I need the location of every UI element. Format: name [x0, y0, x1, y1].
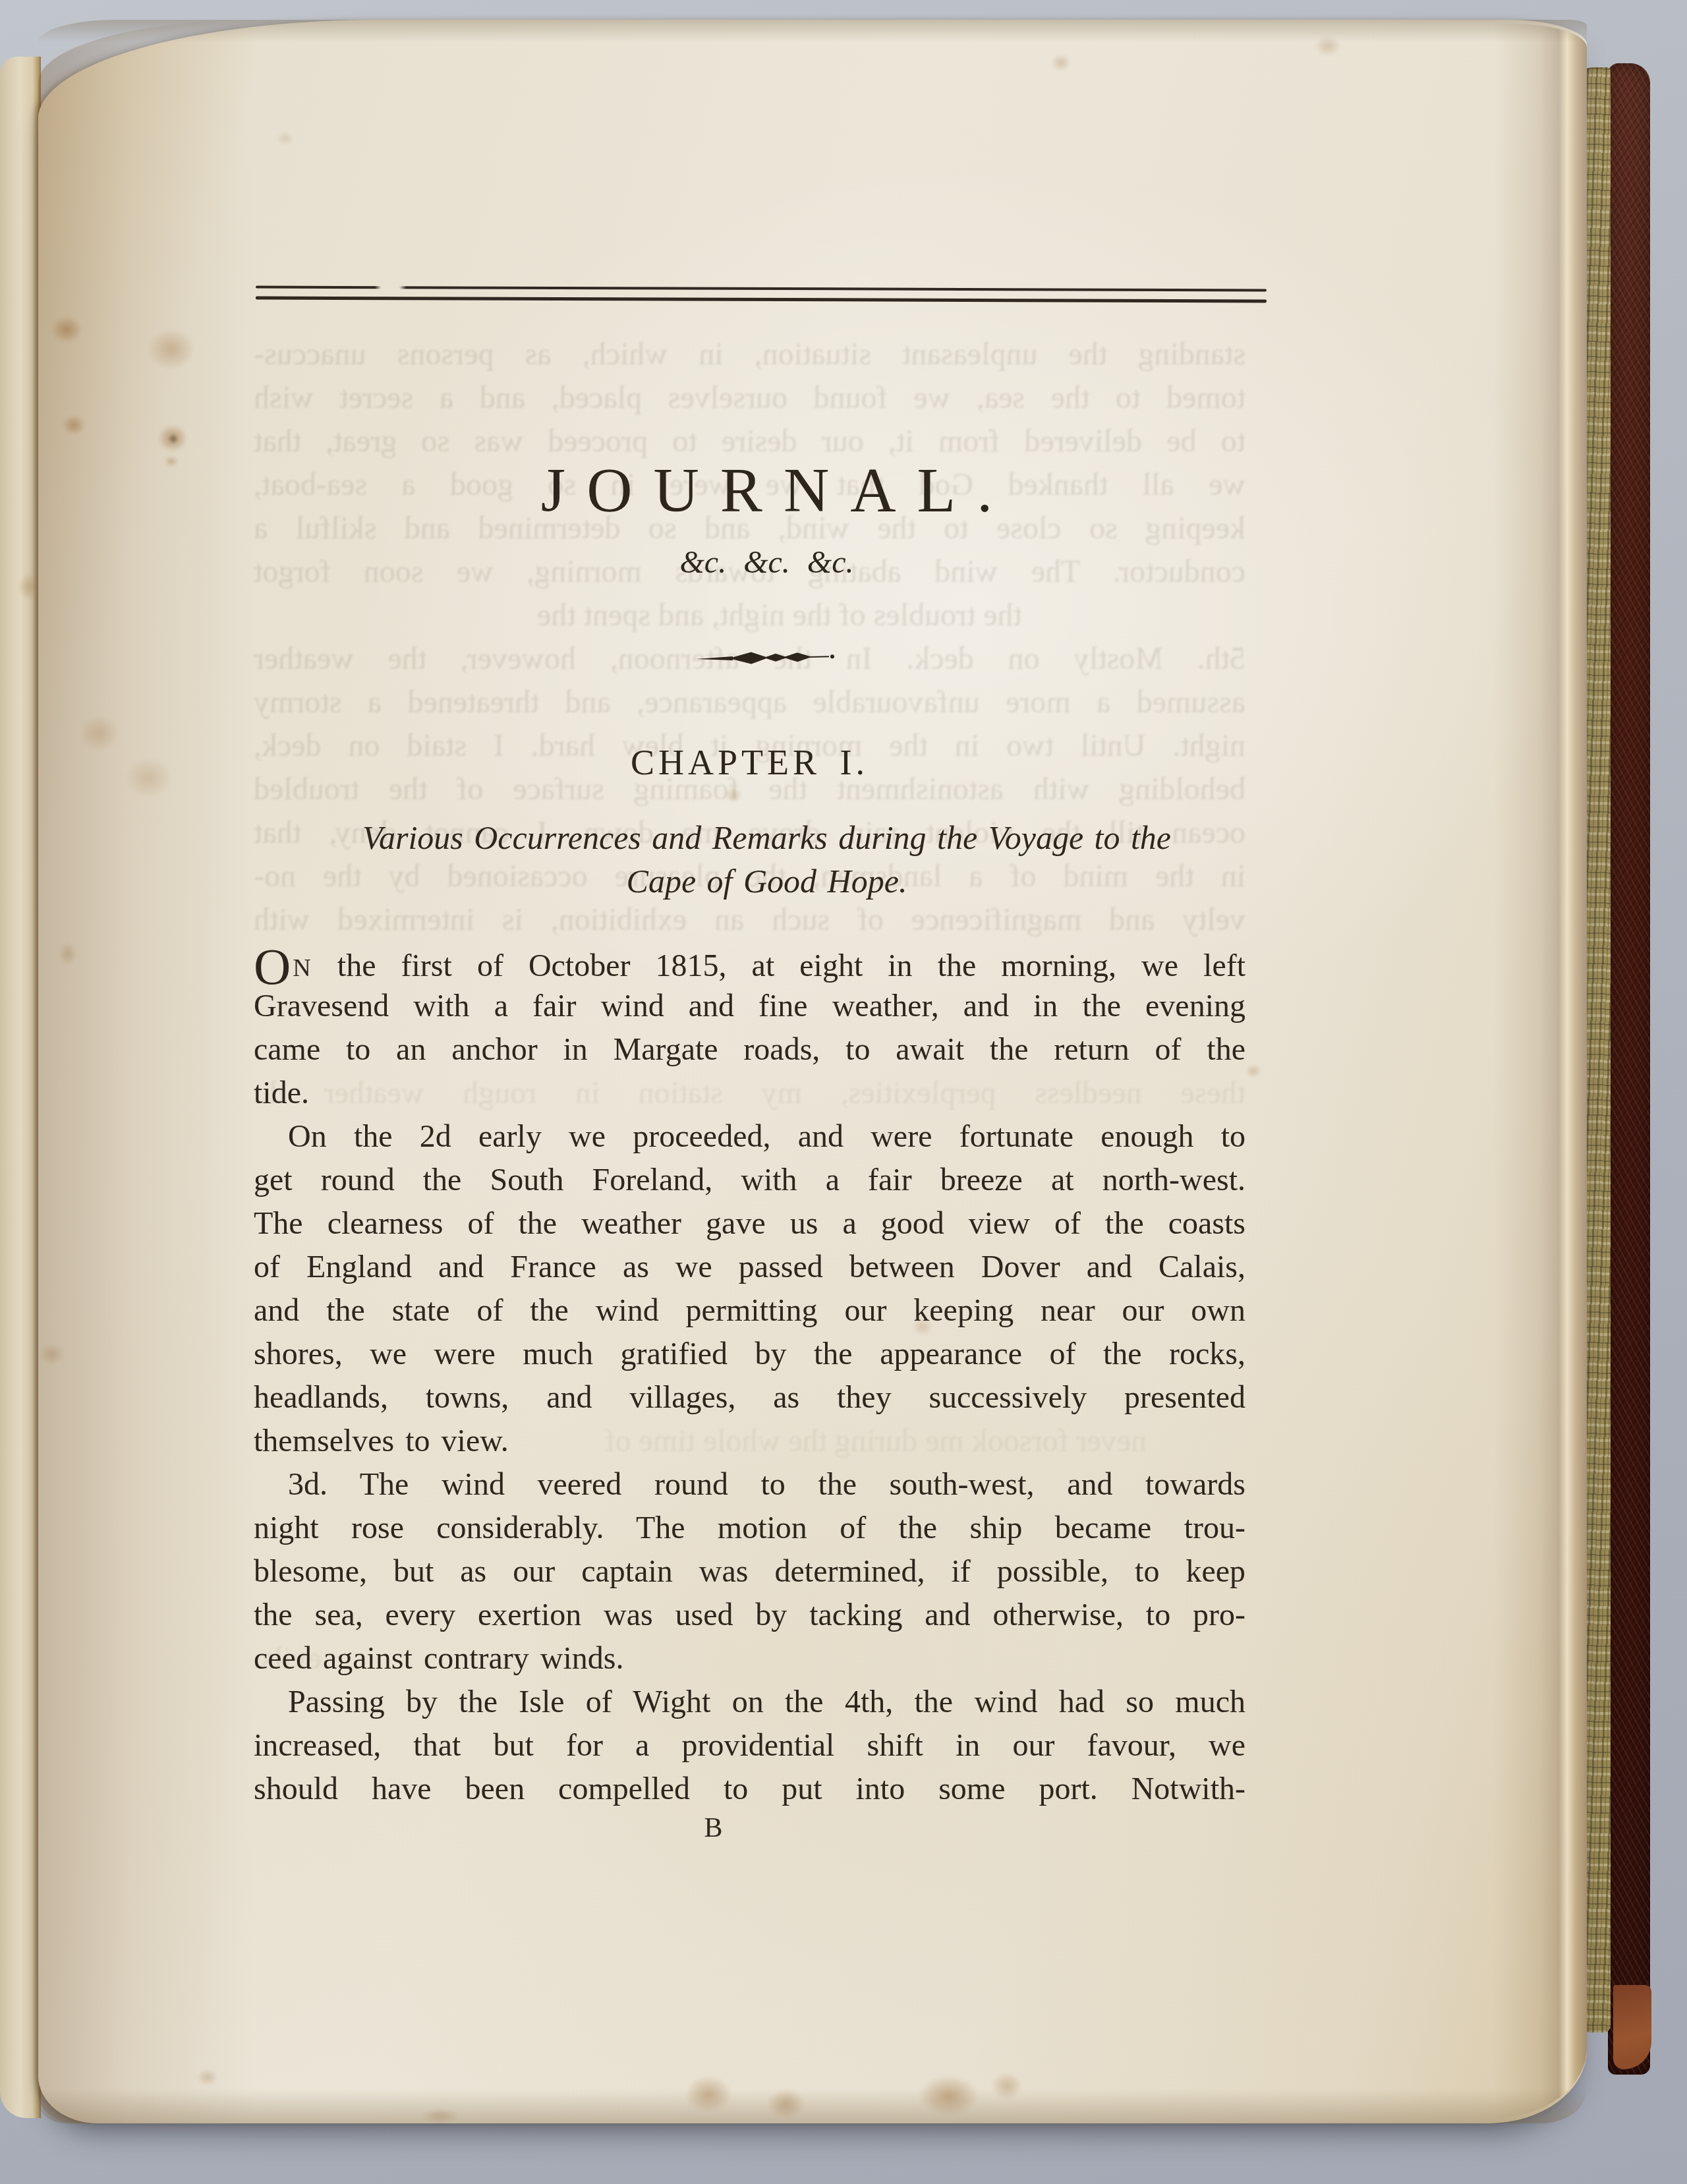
foxing-spot [158, 425, 187, 451]
ghost-line: tomed to the sea, we found ourselves pla… [254, 376, 1245, 420]
chapter-subtitle-line-1: Various Occurrences and Remarks during t… [271, 816, 1263, 859]
foxing-spot [198, 2069, 217, 2085]
chapter-heading: CHAPTER I. [254, 742, 1245, 783]
back-cover-leather [1608, 63, 1650, 2075]
body-line: the sea, every exertion was used by tack… [254, 1594, 1245, 1637]
foxing-spot [18, 573, 38, 600]
foxing-spot [919, 2076, 979, 2115]
body-line: of England and France as we passed betwe… [254, 1246, 1245, 1289]
ghost-line: the troubles of the night, and spent the [254, 594, 1245, 637]
body-line: blesome, but as our captain was determin… [254, 1550, 1245, 1594]
foxing-spot [768, 2089, 805, 2119]
left-page-edge [0, 57, 41, 2118]
foxing-spot [148, 330, 194, 369]
page-top-shade [38, 20, 1587, 42]
body-line: Passing by the Isle of Wight on the 4th,… [254, 1681, 1245, 1724]
body-line: 3d. The wind veered round to the south-w… [254, 1463, 1245, 1507]
chapter-subtitle-line-2: Cape of Good Hope. [271, 859, 1263, 903]
foxing-spot [1315, 36, 1341, 56]
foxing-spot [59, 942, 76, 965]
ghost-line: velty and magnificence of such an exhibi… [254, 898, 1245, 942]
foxing-spot [51, 316, 82, 343]
ghost-line: assumed a more unfavourable appearance, … [254, 681, 1245, 724]
foxing-spot [1051, 54, 1071, 71]
foxing-spot [277, 132, 294, 145]
body-line: headlands, towns, and villages, as they … [254, 1376, 1245, 1420]
body-line: tide. [254, 1072, 1245, 1115]
page-right-curl [1493, 24, 1587, 2118]
foxing-spot [40, 1344, 63, 1364]
body-line: night rose considerably. The motion of t… [254, 1507, 1245, 1550]
body-line: get round the South Foreland, with a fai… [254, 1159, 1245, 1202]
photo-backdrop: { "page": { "title": "JOURNAL.", "subtit… [0, 0, 1687, 2184]
foxing-spot [422, 2109, 459, 2123]
body-line: themselves to view. [254, 1420, 1245, 1463]
foxing-spot [992, 2073, 1022, 2099]
body-text-block: ON the first of October 1815, at eight i… [254, 941, 1245, 1811]
signature-mark: B [217, 1812, 1209, 1844]
body-line: should have been compelled to put into s… [254, 1767, 1245, 1811]
body-line: increased, that but for a providential s… [254, 1724, 1245, 1767]
body-line: The clearness of the weather gave us a g… [254, 1202, 1245, 1246]
body-line: Gravesend with a fair wind and fine weat… [254, 985, 1245, 1028]
smallcap-letter: N [293, 954, 312, 982]
body-line: shores, we were much gratified by the ap… [254, 1333, 1245, 1376]
foxing-spot [1245, 1064, 1261, 1078]
section-ornament-icon [271, 650, 1263, 669]
title-etcetera: &c. &c. &c. [271, 544, 1263, 581]
body-line: On the 2d early we proceeded, and were f… [254, 1115, 1245, 1159]
ghost-line: standing the unpleasant situation, in wh… [254, 333, 1245, 376]
foxing-spot [165, 456, 178, 467]
foxing-spot [63, 415, 85, 435]
body-line: and the state of the wind permitting our… [254, 1289, 1245, 1333]
leather-corner [1613, 1985, 1651, 2069]
body-line: ON the first of October 1815, at eight i… [254, 941, 1245, 985]
page-title: JOURNAL. [271, 453, 1263, 527]
chapter-subtitle: Various Occurrences and Remarks during t… [271, 816, 1263, 903]
foxing-spot [125, 758, 171, 797]
page-bottom-shade [38, 2089, 1587, 2123]
body-line: came to an anchor in Margate roads, to a… [254, 1028, 1245, 1072]
foxing-spot [685, 2076, 731, 2112]
foxing-spot [79, 715, 119, 751]
body-line: ceed against contrary winds. [254, 1637, 1245, 1681]
